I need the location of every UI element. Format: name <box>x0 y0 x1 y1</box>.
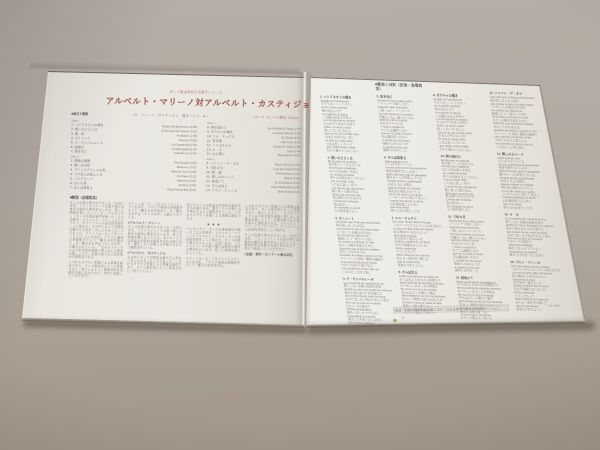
lyrics-lines: Corrientes tres cuatro ocho コリエンテス通り三四八 … <box>448 219 504 274</box>
text-block: アルゼンチン・タンゴの黄金時代を飾った二人の名歌手、アルベルト・マリーノとアルベ… <box>186 228 241 256</box>
lyrics-lines: Caminito que el tiempo ha borrado 時が消し去っ… <box>490 96 546 151</box>
track-title-jp: 7. 淡き光に <box>71 150 88 155</box>
lyrics-lines: Adiós pampa mía さらば わがパンパよ me voy camino… <box>497 157 553 212</box>
track-listing: Side 11. バンドネオンの嘆きQuejas De Bandoneon (2… <box>70 118 301 195</box>
text-block: 本アルバムでは両者の代表的な録音を左右の面に収め、聴きくらべの楽しみを味わえるよ… <box>186 204 241 222</box>
lyrics-lines: Quejas de bandoneón すすり泣くバンドネオン en la no… <box>320 99 376 154</box>
lyrics-lines: Adiós pampa mía さらば わがパンパよ me voy camino… <box>385 160 441 215</box>
commentary-column: タンゴが最も華やかであった一九四〇年代、ブエノスアイレスの盛り場には幾多の楽団と… <box>68 201 124 281</box>
text-block: ●企画・制作／ポリドール株式会社 <box>244 253 299 257</box>
text-block: いずれもオデオン原盤による貴重な録音であり、タンゴ愛好家にとって見逃せない一枚と… <box>245 205 300 233</box>
lyrics-lines: La cumparsa de miserias sin fin 果てしない悲惨の… <box>505 217 560 258</box>
lyrics-lines: Corrientes tres cuatro ocho コリエンテス通り三四八 … <box>377 99 433 154</box>
dust-speck <box>393 319 397 322</box>
lyrics-lines: Quejas de bandoneón すすり泣くバンドネオン en la no… <box>433 98 489 153</box>
lyrics-lines: El día que me quieras 君が愛してくれる日には la ros… <box>328 160 384 215</box>
track-title-es: Muy Adentro (3:06) <box>278 154 301 159</box>
commentary-column: マリーノは一九二三年ブエノスアイレスに生まれ、トロイロ楽団の専属歌手として一躍そ… <box>127 202 183 282</box>
track-row: 14. ブエン・アミーゴBuen Amigo (3:11) <box>206 188 300 194</box>
commentary-column: いずれもオデオン原盤による貴重な録音であり、タンゴ愛好家にとって見逃せない一枚と… <box>244 205 300 285</box>
track-title-es: Adios Pampa Mia (2:42) <box>167 188 196 193</box>
commentary-column: 本アルバムでは両者の代表的な録音を左右の面に収め、聴きくらべの楽しみを味わえるよ… <box>185 204 241 284</box>
text-block: その中にあって対照的な魅力で人気を二分したのがこの二人であった。いずれもオデオン… <box>127 256 182 274</box>
track-pair: Side 18. 時の流れにAsi Se Baila El Tango (2:4… <box>206 121 301 195</box>
lyrics-columns: 1. バンドネオンの嘆きQuejas de bandoneón すすり泣くバンド… <box>318 80 569 334</box>
commentary-columns: タンゴが最も華やかであった一九四〇年代、ブエノスアイレスの盛り場には幾多の楽団と… <box>68 201 299 284</box>
left-page-content: タンゴ黄金時代の名歌手シリーズ アルベルト・マリーノ対アルベルト・カスティジョ … <box>42 84 304 285</box>
track-title-jp: 7. さらば草原よ <box>70 186 93 191</box>
text-block: ■ ■ ■ <box>186 223 241 227</box>
lyrics-header: ■歌詞と対訳（訳詞・高場将美） <box>375 82 426 93</box>
lyrics-lines: Adiós muchachos compañeros さらば友よ わが人生の仲間… <box>456 280 511 321</box>
text-block: マリーノは一九二三年ブエノスアイレスに生まれ、トロイロ楽団の専属歌手として一躍そ… <box>186 257 241 268</box>
lyrics-lines: El día que me quieras 君が愛してくれる日には la ros… <box>441 159 497 214</box>
text-block: マリーノは一九二三年ブエノスアイレスに生まれ、トロイロ楽団の専属歌手として一躍そ… <box>128 202 183 220</box>
right-page-content: 1. バンドネオンの嘆きQuejas de bandoneón すすり泣くバンド… <box>312 80 575 335</box>
lyrics-lines: Con este tango nació el tango このタンゴとともにタ… <box>392 221 448 269</box>
album-title: アルベルト・マリーノ対アルベルト・カスティジョ <box>106 94 290 110</box>
track-title-jp: 14. ブエン・アミーゴ <box>206 188 237 193</box>
text-block: タンゴが最も華やかであった一九四〇年代、ブエノスアイレスの盛り場には幾多の楽団と… <box>69 201 125 260</box>
track-title-es: Buen Amigo (3:11) <box>278 190 300 195</box>
photo: タンゴ黄金時代の名歌手シリーズ アルベルト・マリーノ対アルベルト・カスティジョ … <box>0 0 600 450</box>
catalog-number: YS-788 <box>548 305 560 308</box>
track-title-jp: 14. 心の奥に <box>207 152 225 157</box>
header-right-label: ステレオ（モノラル兼用）33⅓rpm <box>253 114 300 119</box>
lyrics-lines: La cumparsa de miserias sin fin 果てしない悲惨の… <box>343 282 399 330</box>
text-block: いずれもオデオン原盤による貴重な録音であり、タンゴ愛好家にとって見逃せない一枚と… <box>68 261 123 279</box>
track-title-es: A Media Luz (2:40) <box>174 152 197 157</box>
text-block: タンゴが最も華やかであった一九四〇年代、ブエノスアイレスの盛り場には幾多の楽団と… <box>127 226 182 251</box>
dust-speck <box>402 317 404 319</box>
text-block: タンゴが最も華やかであった一九四〇年代、ブエノスアイレスの盛り場には幾多の楽団と… <box>244 234 299 252</box>
header-left-label: ■曲目と解説 <box>71 111 88 116</box>
lyrics-lines: Caminito que el tiempo ha borrado 時が消し去っ… <box>336 221 392 276</box>
track-pair: Side 11. バンドネオンの嘆きQuejas De Bandoneon (2… <box>70 118 197 193</box>
